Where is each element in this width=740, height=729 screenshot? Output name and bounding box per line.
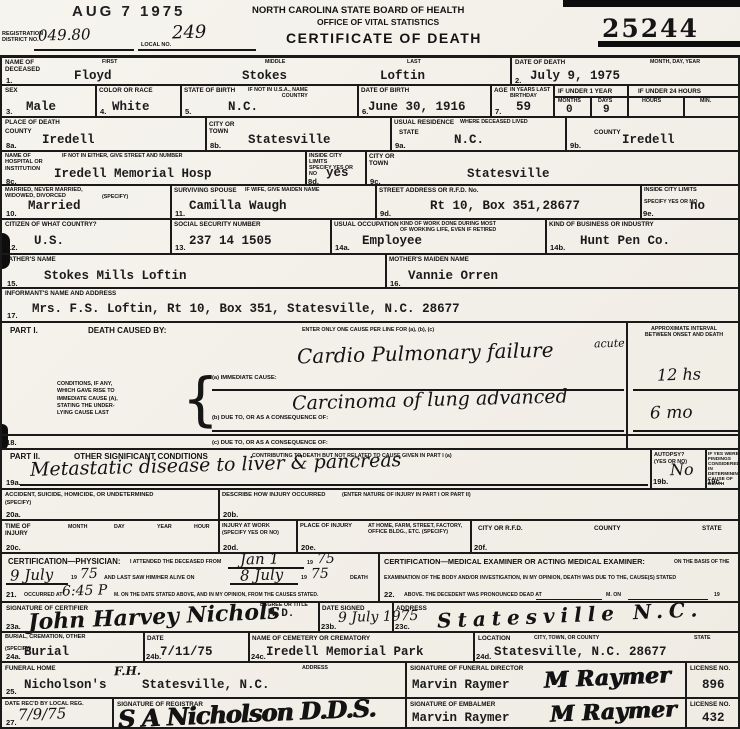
interval-a-value: 12 hs [657, 364, 701, 384]
marital-value: Married [28, 199, 81, 213]
certification-me-title: CERTIFICATION—MEDICAL EXAMINER OR ACTING… [384, 557, 645, 566]
embalmer-license-value: 432 [702, 711, 725, 725]
part2-other-conditions: PART II. OTHER SIGNIFICANT CONDITIONS CO… [0, 448, 740, 490]
burial-label: BURIAL, CREMATION, OTHER [5, 634, 100, 640]
injury-at-work-label: INJURY AT WORK [222, 523, 270, 529]
place-of-death-group: PLACE OF DEATH [5, 119, 60, 126]
dod-value: July 9, 1975 [530, 69, 620, 83]
rule [34, 49, 134, 51]
certifier-address-value: Statesville N.C. [437, 597, 704, 633]
state-label: STATE [702, 525, 722, 532]
immediate-cause-label: (a) IMMEDIATE CAUSE: [212, 375, 277, 382]
row-marital: MARRIED, NEVER MARRIED, WIDOWED, DIVORCE… [0, 184, 740, 220]
autopsy-value: No [670, 460, 694, 480]
row-parents: FATHER'S NAME 15. Stokes Mills Loftin MO… [0, 253, 740, 289]
occupation-value: Employee [362, 234, 422, 248]
attended-to-year: 75 [80, 566, 98, 582]
hospital-label: NAME OF HOSPITAL OR INSTITUTION [5, 153, 43, 172]
cemetery-label: NAME OF CEMETERY OR CREMATORY [252, 635, 370, 642]
certificate-title: CERTIFICATE OF DEATH [286, 30, 482, 46]
ssn-value: 237 14 1505 [189, 234, 272, 248]
scan-artifact-top-bar [563, 0, 740, 7]
age-label: AGE [494, 87, 508, 94]
name-first: Floyd [74, 69, 112, 83]
interval-header: APPROXIMATE INTERVAL BETWEEN ONSET AND D… [632, 326, 736, 338]
due-to-c-label: (c) DUE TO, OR AS A CONSEQUENCE OF: [212, 440, 328, 447]
autopsy-label: AUTOPSY? [654, 452, 684, 458]
usual-residence-group: USUAL RESIDENCE [394, 119, 454, 126]
certifier-address-label: ADDRESS [396, 605, 427, 612]
registration-district-value: 049.80 [38, 25, 91, 44]
father-label: FATHER'S NAME [5, 256, 56, 263]
funeral-home-label: FUNERAL HOME [5, 665, 56, 672]
funeral-director-signature: M Raymer [543, 662, 671, 694]
death-caused-by-label: DEATH CAUSED BY: [88, 326, 166, 335]
conditions-label: CONDITIONS, IF ANY, WHICH GAVE RISE TO I… [57, 381, 118, 417]
describe-injury-label: DESCRIBE HOW INJURY OCCURRED [222, 492, 325, 499]
attended-from-year: 75 [317, 551, 335, 567]
name-middle: Stokes [242, 69, 287, 83]
part1-cause-of-death: PART I. DEATH CAUSED BY: ENTER ONLY ONE … [0, 321, 740, 436]
cemetery-location-label: LOCATION [478, 635, 510, 642]
row-registrar: DATE REC'D BY LOCAL REG. 27. 7/9/75 SIGN… [0, 697, 740, 729]
burial-date-value: 7/11/75 [160, 645, 213, 659]
dod-sublabel: MONTH, DAY, YEAR [650, 59, 700, 65]
race-value: White [112, 100, 150, 114]
first-label: FIRST [102, 59, 117, 65]
row-sex-race-birth: SEX 3. Male COLOR OR RACE 4. White STATE… [0, 84, 740, 118]
residence-city-value: Statesville [467, 167, 550, 181]
state-of-birth-value: N.C. [228, 100, 258, 114]
embalmer-license-label: LICENSE NO. [690, 701, 730, 708]
mother-label: MOTHER'S MAIDEN NAME [389, 256, 469, 263]
death-certificate-scan: AUG 7 1975 NORTH CAROLINA STATE BOARD OF… [0, 0, 740, 729]
date-received-value: 7/9/75 [18, 704, 67, 723]
death-city-value: Statesville [248, 133, 331, 147]
residence-county-value: Iredell [622, 133, 675, 147]
received-date-stamp: AUG 7 1975 [72, 3, 185, 20]
name-last: Loftin [380, 69, 425, 83]
cemetery-value: Iredell Memorial Park [266, 645, 424, 659]
place-of-injury-label: PLACE OF INJURY [300, 523, 352, 530]
race-label: COLOR OR RACE [99, 87, 153, 94]
sex-value: Male [26, 100, 56, 114]
citizen-label: CITIZEN OF WHAT COUNTRY? [5, 221, 97, 228]
row-place-of-death: PLACE OF DEATH COUNTY 8a. Iredell CITY O… [0, 116, 740, 152]
local-no-value: 249 [172, 22, 207, 44]
inside-city-limits-label: INSIDE CITY LIMITS [309, 153, 361, 166]
row-hospital: NAME OF HOSPITAL OR INSTITUTION IF NOT I… [0, 150, 740, 186]
months-value: 0 [566, 104, 573, 116]
middle-label: MIDDLE [265, 59, 285, 65]
certification-physician-title: CERTIFICATION—PHYSICIAN: [8, 557, 120, 566]
death-county-value: Iredell [42, 133, 95, 147]
state-of-birth-label: STATE OF BIRTH [184, 87, 235, 94]
accident-label: ACCIDENT, SUICIDE, HOMICIDE, OR UNDETERM… [5, 492, 153, 499]
state-board-title: NORTH CAROLINA STATE BOARD OF HEALTH [252, 5, 464, 16]
office-subtitle: OFFICE OF VITAL STATISTICS [317, 17, 439, 27]
row-injury-details: TIME OF INJURY MONTH DAY YEAR HOUR 20c. … [0, 519, 740, 554]
citizen-value: U.S. [34, 234, 64, 248]
degree-value: M.D. [268, 608, 294, 620]
death-hour-value: 6:45 P [62, 582, 108, 599]
row-accident: ACCIDENT, SUICIDE, HOMICIDE, OR UNDETERM… [0, 488, 740, 521]
hospital-value: Iredell Memorial Hosp [54, 167, 212, 181]
divider [510, 58, 512, 84]
informant-value: Mrs. F.S. Loftin, Rt 10, Box 351, States… [32, 302, 460, 316]
dod-label: DATE OF DEATH [515, 59, 565, 66]
under-1yr-label: IF UNDER 1 YEAR [558, 88, 612, 95]
cemetery-location-value: Statesville, N.C. 28677 [494, 645, 667, 659]
burial-date-label: DATE [147, 635, 164, 642]
funeral-home-note: F.H. [114, 664, 141, 679]
time-of-injury-label: TIME OF INJURY [5, 523, 31, 537]
ssn-label: SOCIAL SECURITY NUMBER [174, 221, 261, 228]
row-certification: CERTIFICATION—PHYSICIAN: I ATTENDED THE … [0, 552, 740, 603]
informant-label: INFORMANT'S NAME AND ADDRESS [5, 290, 116, 297]
residence-inside-city-value: no [690, 199, 705, 213]
industry-value: Hunt Pen Co. [580, 234, 670, 248]
due-to-b-label: (b) DUE TO, OR AS A CONSEQUENCE OF: [212, 415, 328, 422]
immediate-cause-note: acute [594, 337, 625, 351]
under-24h-label: IF UNDER 24 HOURS [638, 88, 701, 95]
dob-value: June 30, 1916 [368, 100, 466, 114]
funeral-director-label: SIGNATURE OF FUNERAL DIRECTOR [410, 665, 523, 672]
director-license-value: 896 [702, 678, 725, 692]
registrar-signature: S A Nicholson D.D.S. [117, 693, 376, 729]
father-value: Stokes Mills Loftin [44, 269, 187, 283]
brace-glyph: { [182, 365, 219, 433]
city-or-rfd-label: CITY OR R.F.D. [478, 525, 523, 532]
spouse-label: SURVIVING SPOUSE [174, 187, 237, 194]
name-label: NAME OF DECEASED [5, 59, 40, 73]
row-informant: INFORMANT'S NAME AND ADDRESS 17. Mrs. F.… [0, 287, 740, 323]
director-license-label: LICENSE NO. [690, 665, 730, 672]
row-citizen-ssn: CITIZEN OF WHAT COUNTRY? 12. U.S. SOCIAL… [0, 218, 740, 255]
last-label: LAST [407, 59, 421, 65]
mother-value: Vannie Orren [408, 269, 498, 283]
funeral-home-name: Nicholson's [24, 678, 107, 692]
row-name: NAME OF DECEASED 1. FIRST MIDDLE LAST Fl… [0, 55, 740, 86]
immediate-cause-value: Cardio Pulmonary failure [297, 338, 554, 369]
age-value: 59 [516, 100, 531, 114]
certificate-number: 25244 [602, 14, 699, 43]
sex-label: SEX [5, 87, 18, 94]
occupation-label: USUAL OCCUPATION [334, 221, 399, 228]
county-label: COUNTY [594, 525, 621, 532]
street-address-label: STREET ADDRESS OR R.F.D. No. [379, 187, 478, 194]
local-no-label: LOCAL NO. [141, 42, 171, 48]
attended-to-value: 9 July [10, 565, 54, 584]
embalmer-name: Marvin Raymer [412, 711, 510, 725]
funeral-director-name: Marvin Raymer [412, 678, 510, 692]
last-seen-year: 75 [311, 566, 329, 582]
spouse-value: Camilla Waugh [189, 199, 287, 213]
row-burial: BURIAL, CREMATION, OTHER (SPECIFY) 24a. … [0, 631, 740, 663]
rule [138, 49, 256, 51]
days-value: 9 [603, 104, 610, 116]
residence-state-value: N.C. [454, 133, 484, 147]
marital-label: MARRIED, NEVER MARRIED, WIDOWED, DIVORCE… [5, 187, 83, 200]
embalmer-signature: M Raymer [549, 696, 677, 728]
funeral-home-address-label: ADDRESS [302, 665, 328, 671]
street-address-value: Rt 10, Box 351,28677 [430, 199, 580, 213]
hospital-inside-city-value: yes [326, 166, 349, 180]
funeral-home-address: Statesville, N.C. [142, 678, 270, 692]
dob-label: DATE OF BIRTH [361, 87, 409, 94]
interval-b-value: 6 mo [650, 402, 693, 423]
industry-label: KIND OF BUSINESS OR INDUSTRY [549, 221, 654, 228]
row-certifier-signature: SIGNATURE OF CERTIFIER 23a. John Harvey … [0, 601, 740, 633]
last-seen-value: 8 July [240, 565, 284, 584]
burial-value: Burial [24, 645, 69, 659]
embalmer-signature-label: SIGNATURE OF EMBALMER [410, 701, 495, 708]
